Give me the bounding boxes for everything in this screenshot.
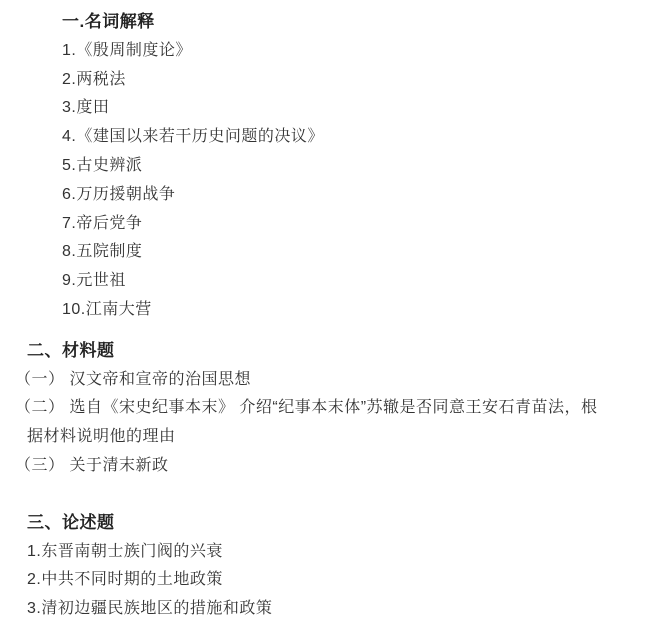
section-term-explanations: 一.名词解释 1.《殷周制度论》 2.两税法 3.度田 4.《建国以来若干历史问… — [0, 8, 652, 325]
section2-heading: 二、材料题 — [27, 337, 652, 366]
section3-heading: 三、论述题 — [27, 509, 652, 538]
term-item-1: 1.《殷周制度论》 — [62, 37, 652, 66]
term-item-6: 6.万历援朝战争 — [62, 181, 652, 210]
section-material-questions: 二、材料题 （一） 汉文帝和宣帝的治国思想 （二） 选自《宋史纪事本末》 介绍“… — [0, 337, 652, 481]
exam-outline-document: 一.名词解释 1.《殷周制度论》 2.两税法 3.度田 4.《建国以来若干历史问… — [0, 0, 652, 624]
term-item-3: 3.度田 — [62, 94, 652, 123]
material-item-1: （一） 汉文帝和宣帝的治国思想 — [15, 366, 652, 395]
material-item-2-line1: （二） 选自《宋史纪事本末》 介绍“纪事本末体”苏辙是否同意王安石青苗法，根 — [15, 394, 652, 423]
term-item-9: 9.元世祖 — [62, 267, 652, 296]
term-item-10: 10.江南大营 — [62, 296, 652, 325]
material-item-3: （三） 关于清末新政 — [15, 452, 652, 481]
term-item-5: 5.古史辨派 — [62, 152, 652, 181]
essay-item-3: 3.清初边疆民族地区的措施和政策 — [27, 595, 652, 624]
material-item-2-line2: 据材料说明他的理由 — [27, 423, 652, 452]
term-item-2: 2.两税法 — [62, 66, 652, 95]
essay-item-1: 1.东晋南朝士族门阀的兴衰 — [27, 538, 652, 567]
term-item-8: 8.五院制度 — [62, 238, 652, 267]
term-item-4: 4.《建国以来若干历史问题的决议》 — [62, 123, 652, 152]
section1-heading: 一.名词解释 — [62, 8, 652, 37]
term-item-7: 7.帝后党争 — [62, 210, 652, 239]
section-essay-questions: 三、论述题 1.东晋南朝士族门阀的兴衰 2.中共不同时期的土地政策 3.清初边疆… — [0, 509, 652, 624]
essay-item-2: 2.中共不同时期的土地政策 — [27, 566, 652, 595]
